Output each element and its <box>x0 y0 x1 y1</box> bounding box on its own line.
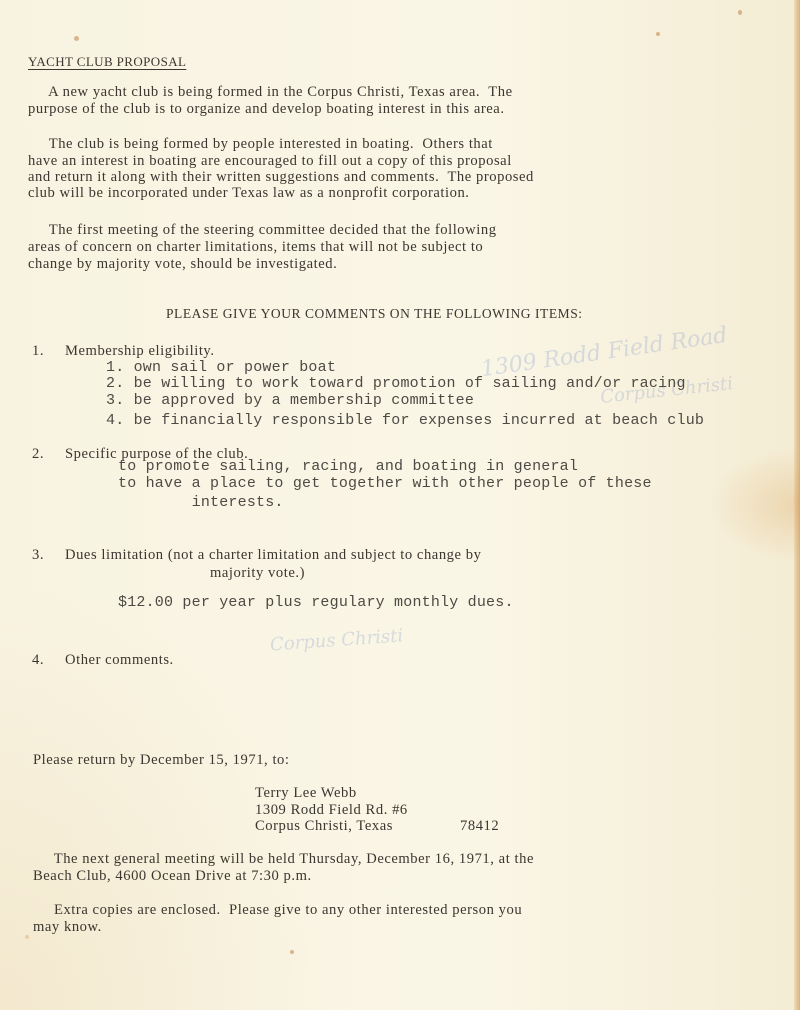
item-number: 3. <box>32 547 44 564</box>
sub-item: $12.00 per year plus regulary monthly du… <box>118 594 514 611</box>
item-number: 1. <box>32 343 44 360</box>
item-number: 2. <box>32 446 44 463</box>
paragraph-line: The first meeting of the steering commit… <box>28 222 497 239</box>
item-number: 4. <box>32 652 44 669</box>
bleed-through-handwriting: Corpus Christi <box>269 625 403 655</box>
item-heading: Dues limitation (not a charter limitatio… <box>65 547 481 564</box>
address-street: 1309 Rodd Field Rd. #6 <box>255 802 408 819</box>
paragraph-line: areas of concern on charter limitations,… <box>28 239 483 256</box>
item-heading-continued: majority vote.) <box>210 565 305 582</box>
paragraph-line: club will be incorporated under Texas la… <box>28 185 470 202</box>
page-edge-stain <box>794 0 800 1010</box>
item-heading: Other comments. <box>65 652 174 669</box>
paper-stain <box>290 950 294 954</box>
sub-item: 1. own sail or power boat <box>106 359 336 376</box>
paper-stain <box>656 32 660 36</box>
address-name: Terry Lee Webb <box>255 785 357 802</box>
address-city-state: Corpus Christi, Texas <box>255 818 393 835</box>
sub-item: to promote sailing, racing, and boating … <box>118 458 578 475</box>
sub-item: to have a place to get together with oth… <box>118 475 652 492</box>
address-zip: 78412 <box>460 818 499 835</box>
item-heading: Membership eligibility. <box>65 343 215 360</box>
paragraph-line: have an interest in boating are encourag… <box>28 153 512 170</box>
sub-item: 3. be approved by a membership committee <box>106 392 474 409</box>
paragraph-line: and return it along with their written s… <box>28 169 534 186</box>
paragraph-line: The club is being formed by people inter… <box>28 136 493 153</box>
instruction-heading: PLEASE GIVE YOUR COMMENTS ON THE FOLLOWI… <box>166 306 583 322</box>
closing-line: may know. <box>33 919 102 936</box>
bleed-through-handwriting: 1309 Rodd Field Road <box>479 323 728 382</box>
document-page: 1309 Rodd Field Road Corpus Christi Corp… <box>0 0 800 1010</box>
intro-line: A new yacht club is being formed in the … <box>28 84 513 101</box>
sub-item: interests. <box>118 494 284 511</box>
return-instruction: Please return by December 15, 1971, to: <box>33 752 290 769</box>
document-title: YACHT CLUB PROPOSAL <box>28 54 186 70</box>
sub-item: 4. be financially responsible for expens… <box>106 412 704 429</box>
closing-line: Extra copies are enclosed. Please give t… <box>33 902 522 919</box>
paper-stain <box>738 10 742 15</box>
meeting-line: Beach Club, 4600 Ocean Drive at 7:30 p.m… <box>33 868 312 885</box>
intro-line: purpose of the club is to organize and d… <box>28 101 505 118</box>
paragraph-line: change by majority vote, should be inves… <box>28 256 337 273</box>
sub-item: 2. be willing to work toward promotion o… <box>106 375 686 392</box>
paper-stain <box>25 935 29 939</box>
paper-stain <box>74 36 79 41</box>
meeting-line: The next general meeting will be held Th… <box>33 851 534 868</box>
